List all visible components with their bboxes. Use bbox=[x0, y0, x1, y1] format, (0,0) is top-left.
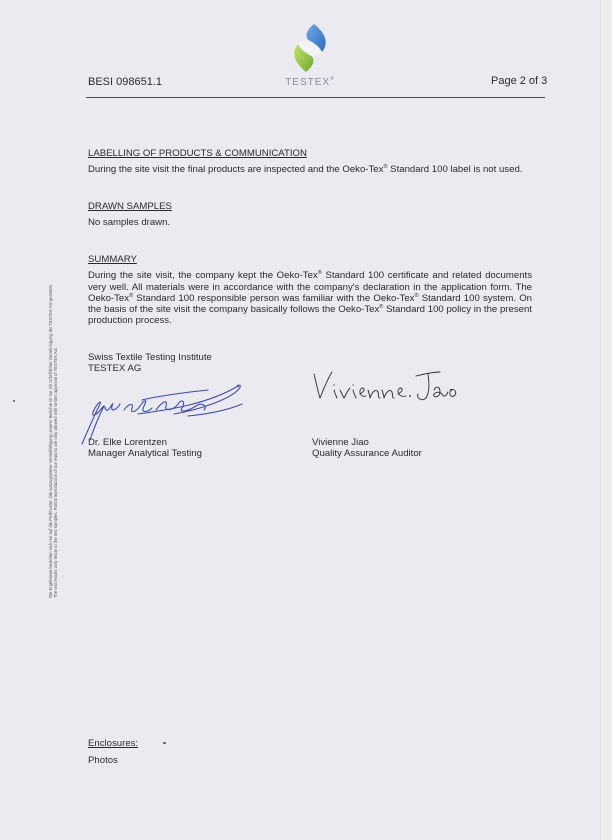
signatory-jiao: Vivienne Jiao Quality Assurance Auditor bbox=[312, 437, 422, 460]
signatory-name: Vivienne Jiao bbox=[312, 437, 422, 448]
signatory-title: Manager Analytical Testing bbox=[88, 448, 202, 459]
institute-company: TESTEX AG bbox=[88, 363, 212, 374]
section-summary: SUMMARY During the site visit, the compa… bbox=[88, 254, 532, 327]
enclosures-block: Enclosures: Photos bbox=[88, 738, 138, 767]
scan-speck bbox=[163, 742, 166, 744]
scan-speck bbox=[13, 400, 15, 402]
signature-jiao bbox=[312, 368, 462, 402]
document-page: TESTEX® BESI 098651.1 Page 2 of 3 LABELL… bbox=[0, 0, 600, 840]
document-id: BESI 098651.1 bbox=[88, 76, 162, 88]
testex-logo: TESTEX® bbox=[280, 22, 340, 94]
side-disclaimer: Die Ergebnisse beziehen sich nur auf die… bbox=[48, 284, 58, 598]
enclosures-label: Enclosures: bbox=[88, 738, 138, 749]
section-drawn-samples: DRAWN SAMPLES No samples drawn. bbox=[88, 201, 172, 229]
section-heading: DRAWN SAMPLES bbox=[88, 201, 172, 212]
page-indicator: Page 2 of 3 bbox=[491, 75, 547, 87]
section-heading: LABELLING OF PRODUCTS & COMMUNICATION bbox=[88, 148, 522, 159]
signatory-lorentzen: Dr. Elke Lorentzen Manager Analytical Te… bbox=[88, 437, 202, 460]
section-body: During the site visit the final products… bbox=[88, 164, 522, 175]
institute-block: Swiss Textile Testing Institute TESTEX A… bbox=[88, 352, 212, 375]
section-heading: SUMMARY bbox=[88, 254, 532, 265]
enclosure-item: Photos bbox=[88, 755, 138, 766]
testex-logo-icon bbox=[290, 22, 330, 74]
header-divider bbox=[86, 97, 545, 98]
section-body: No samples drawn. bbox=[88, 217, 172, 228]
scan-edge bbox=[600, 0, 612, 840]
logo-wordmark: TESTEX® bbox=[280, 76, 340, 88]
signatory-title: Quality Assurance Auditor bbox=[312, 448, 422, 459]
institute-name: Swiss Textile Testing Institute bbox=[88, 352, 212, 363]
signatory-name: Dr. Elke Lorentzen bbox=[88, 437, 202, 448]
section-labelling: LABELLING OF PRODUCTS & COMMUNICATION Du… bbox=[88, 148, 522, 176]
section-body: During the site visit, the company kept … bbox=[88, 270, 532, 326]
